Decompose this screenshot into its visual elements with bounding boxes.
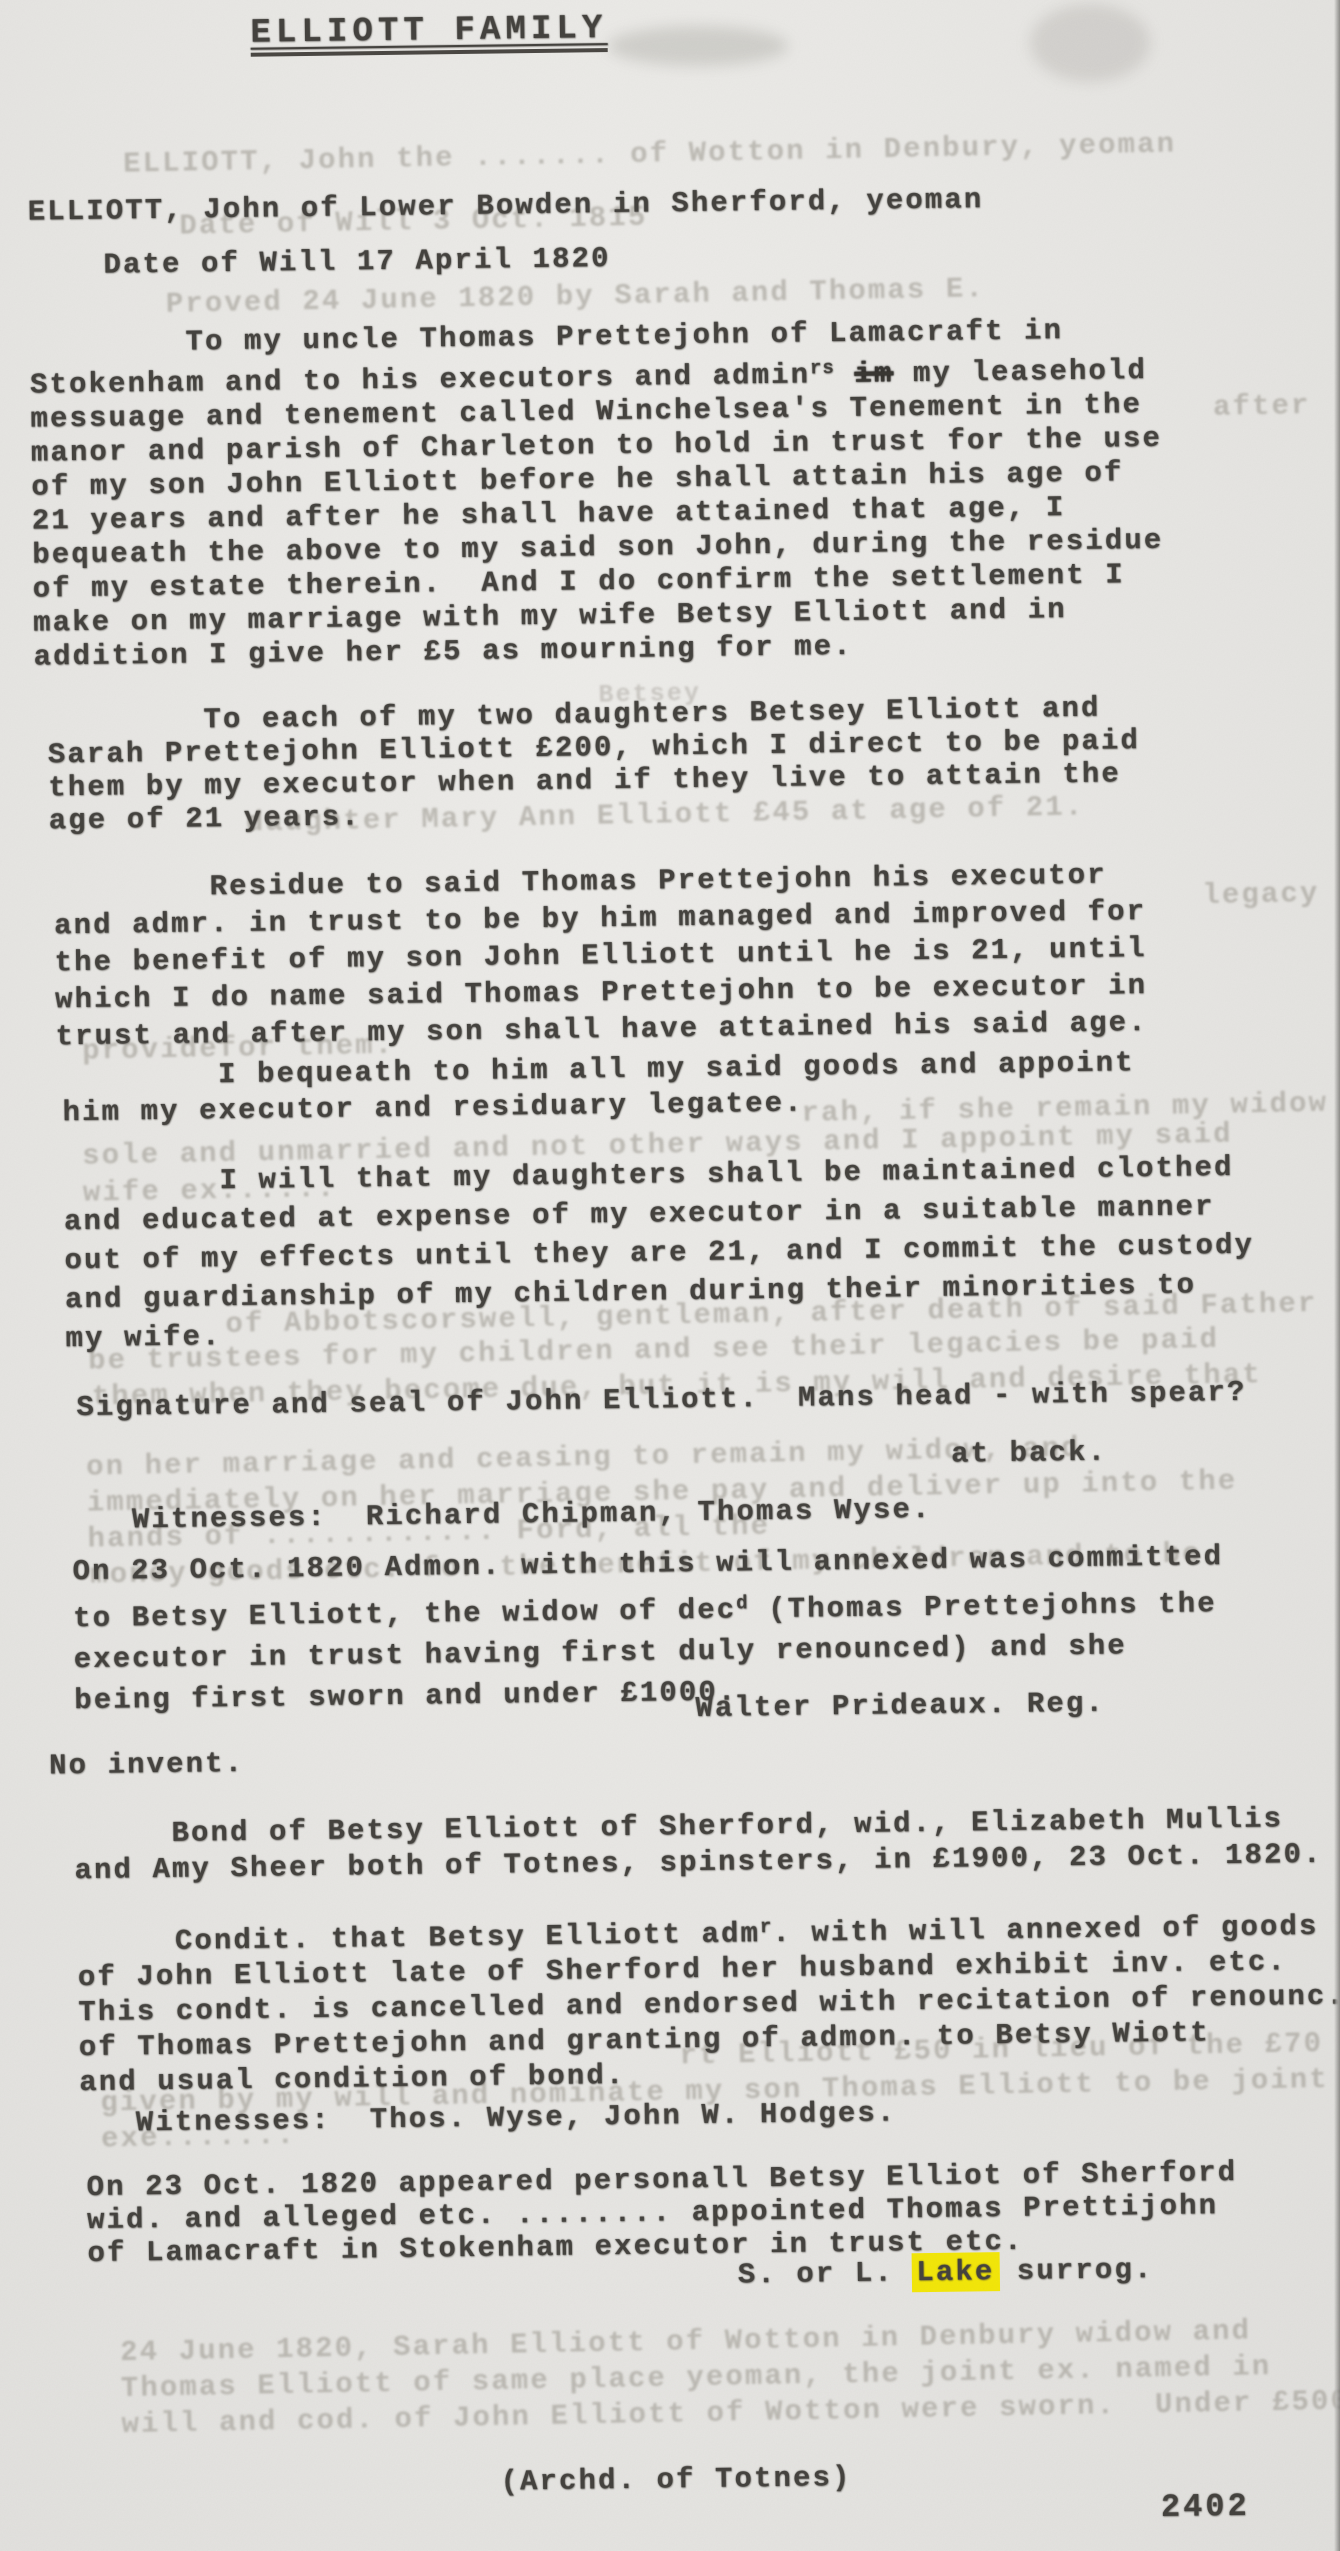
page-title: ELLIOTT FAMILY xyxy=(250,12,608,57)
witnesses-line-1: Witnesses: Richard Chipman, Thomas Wyse. xyxy=(132,1493,932,1537)
space xyxy=(835,358,855,391)
leasehold-paragraph: To my uncle Thomas Prettejohn of Lamacra… xyxy=(29,313,1165,675)
surrogate-line: S. or L. Lake surrog. xyxy=(738,2253,1154,2292)
leasehold-paragraph-text-cont: my leasehold messuage and tenement calle… xyxy=(30,354,1163,674)
typescript-layer: ELLIOTT FAMILY ELLIOTT, John of Lower Bo… xyxy=(0,0,1340,2551)
surrogate-text: S. or L. xyxy=(738,2256,914,2291)
page-number: 2402 xyxy=(1161,2490,1250,2525)
bond-paragraph: Bond of Betsy Elliott of Sherford, wid.,… xyxy=(74,1801,1323,1889)
superscript-d: d xyxy=(736,1592,749,1614)
no-inventory-note: No invent. xyxy=(49,1747,244,1784)
surrogate-text-cont: surrog. xyxy=(997,2253,1153,2288)
testator-heading: ELLIOTT, John of Lower Bowden in Sherfor… xyxy=(28,183,984,230)
will-date-line: Date of Will 17 April 1820 xyxy=(103,242,610,283)
residue-paragraph: Residue to said Thomas Prettejohn his ex… xyxy=(53,856,1147,1055)
signature-seal-note-cont: at back. xyxy=(951,1436,1107,1472)
maintenance-paragraph: I will that my daughters shall be mainta… xyxy=(63,1148,1255,1359)
overstruck-word: im xyxy=(854,357,893,391)
goods-bequest-paragraph: I bequeath to him all my said goods and … xyxy=(62,1045,1136,1131)
daughters-legacy-paragraph: To each of my two daughters Betsey Ellio… xyxy=(47,691,1141,837)
signature-seal-note: Signature and seal of John Elliott. Mans… xyxy=(76,1376,1247,1425)
registrar-signature: Walter Prideaux. Reg. xyxy=(695,1687,1105,1726)
archdeaconry-note: (Archd. of Totnes) xyxy=(500,2461,851,2500)
condition-paragraph: Condit. that Betsy Elliott admr. with wi… xyxy=(77,1903,1340,2101)
scanned-document-page: ELLIOTT, John the ....... of Wotton in D… xyxy=(0,0,1340,2551)
witnesses-line-2: Witnesses: Thos. Wyse, John W. Hodges. xyxy=(136,2096,897,2140)
scan-edge-shadow xyxy=(1334,0,1340,2551)
superscript-r: r xyxy=(760,1916,773,1938)
appearance-paragraph: On 23 Oct. 1820 appeared personall Betsy… xyxy=(86,2156,1238,2270)
highlighted-surname: Lake xyxy=(913,2254,997,2290)
superscript-rs: rs xyxy=(810,357,835,379)
